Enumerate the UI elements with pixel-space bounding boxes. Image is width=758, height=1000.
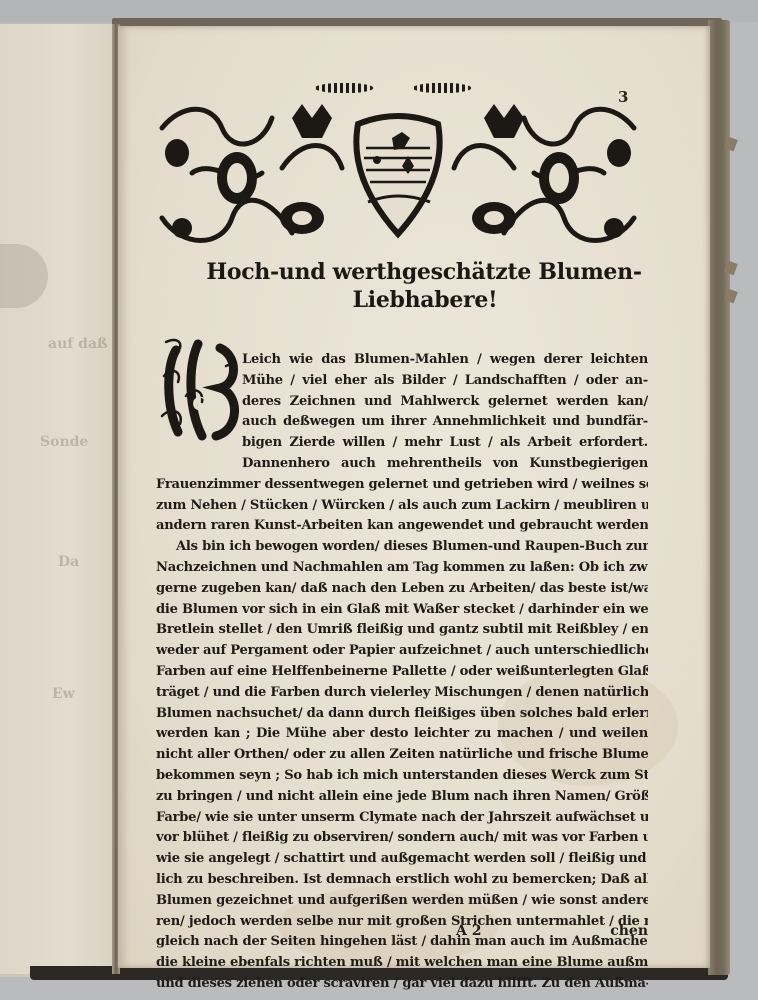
bleedthrough-text: auf daß bbox=[48, 336, 108, 352]
dingbat-ornament-icon bbox=[310, 82, 378, 94]
text-line: Als bin ich bewogen worden/ dieses Blume… bbox=[156, 537, 648, 558]
torn-edge bbox=[724, 261, 738, 276]
text-line: die kleine ebenfals richten muß / mit we… bbox=[156, 953, 648, 974]
text-line: werden kan ; Die Mühe aber desto leichte… bbox=[156, 724, 648, 745]
text-line: lich zu beschreiben. Ist demnach erstlic… bbox=[156, 870, 648, 891]
text-line: Blumen nachsuchet/ da dann durch fleißig… bbox=[156, 704, 648, 725]
title-line-1: Hoch-und werthgeschätzte Blumen- bbox=[118, 258, 710, 286]
page-title: Hoch-und werthgeschätzte Blumen- Liebhab… bbox=[118, 258, 710, 314]
text-line: Nachzeichnen und Nachmahlen am Tag komme… bbox=[156, 558, 648, 579]
recto-page: 3 bbox=[118, 26, 710, 968]
text-line: weder auf Pergament oder Papier aufzeich… bbox=[156, 641, 648, 662]
bleedthrough-text: Sonde bbox=[40, 434, 88, 450]
woodcut-headpiece-icon bbox=[152, 98, 644, 252]
text-line: bekommen seyn ; So hab ich mich untersta… bbox=[156, 766, 648, 787]
text-line: auch deßwegen um ihrer Annehmlichkeit un… bbox=[242, 412, 648, 433]
signature-mark: A 2 bbox=[456, 923, 481, 939]
left-verso-page: auf daß Sonde Da Ew bbox=[0, 24, 116, 977]
torn-edge bbox=[724, 137, 738, 152]
text-line: vor blühet / fleißig zu observiren/ sond… bbox=[156, 828, 648, 849]
text-line: Bretlein stellet / den Umriß fleißig und… bbox=[156, 620, 648, 641]
text-line: bigen Zierde willen / mehr Lust / als Ar… bbox=[242, 433, 648, 454]
bleedthrough-text: Ew bbox=[52, 686, 75, 702]
text-line: Blumen gezeichnet und aufgerißen werden … bbox=[156, 891, 648, 912]
text-line: wie sie angelegt / schattirt und außgema… bbox=[156, 849, 648, 870]
torn-edge bbox=[724, 289, 738, 304]
text-line: deres Zeichnen und Mahlwerck gelernet we… bbox=[242, 392, 648, 413]
text-line: gerne zugeben kan/ daß nach den Leben zu… bbox=[156, 579, 648, 600]
text-line: Leich wie das Blumen-Mahlen / wegen dere… bbox=[242, 350, 648, 371]
text-line: andern raren Kunst-Arbeiten kan angewend… bbox=[156, 516, 648, 537]
title-line-2: Liebhabere! bbox=[118, 286, 710, 314]
text-line: Farbe/ wie sie unter unserm Clymate nach… bbox=[156, 808, 648, 829]
text-line: Farben auf eine Helffenbeinerne Pallette… bbox=[156, 662, 648, 683]
text-line: die Blumen vor sich in ein Glaß mit Waße… bbox=[156, 600, 648, 621]
dingbat-row bbox=[118, 82, 710, 96]
text-line: und dieses ziehen oder scraviren / gar v… bbox=[156, 974, 648, 995]
page-footer: A 2 chen bbox=[156, 923, 648, 945]
text-line: zum Nehen / Stücken / Würcken / als auch… bbox=[156, 496, 648, 517]
text-line: zu bringen / und nicht allein eine jede … bbox=[156, 787, 648, 808]
text-line: nicht aller Orthen/ oder zu allen Zeiten… bbox=[156, 745, 648, 766]
text-line: träget / und die Farben durch vielerley … bbox=[156, 683, 648, 704]
book-cover-right-edge bbox=[708, 20, 730, 975]
bleedthrough-text: Da bbox=[58, 554, 79, 570]
text-line: Dannenhero auch mehrentheils von Kunstbe… bbox=[242, 454, 648, 475]
dingbat-ornament-icon bbox=[408, 82, 476, 94]
body-text: Leich wie das Blumen-Mahlen / wegen dere… bbox=[156, 350, 648, 995]
text-line: Mühe / viel eher als Bilder / Landschaff… bbox=[242, 371, 648, 392]
text-line: Frauenzimmer dessentwegen gelernet und g… bbox=[156, 475, 648, 496]
catchword: chen bbox=[610, 923, 648, 939]
bleedthrough-ornament bbox=[0, 244, 48, 308]
